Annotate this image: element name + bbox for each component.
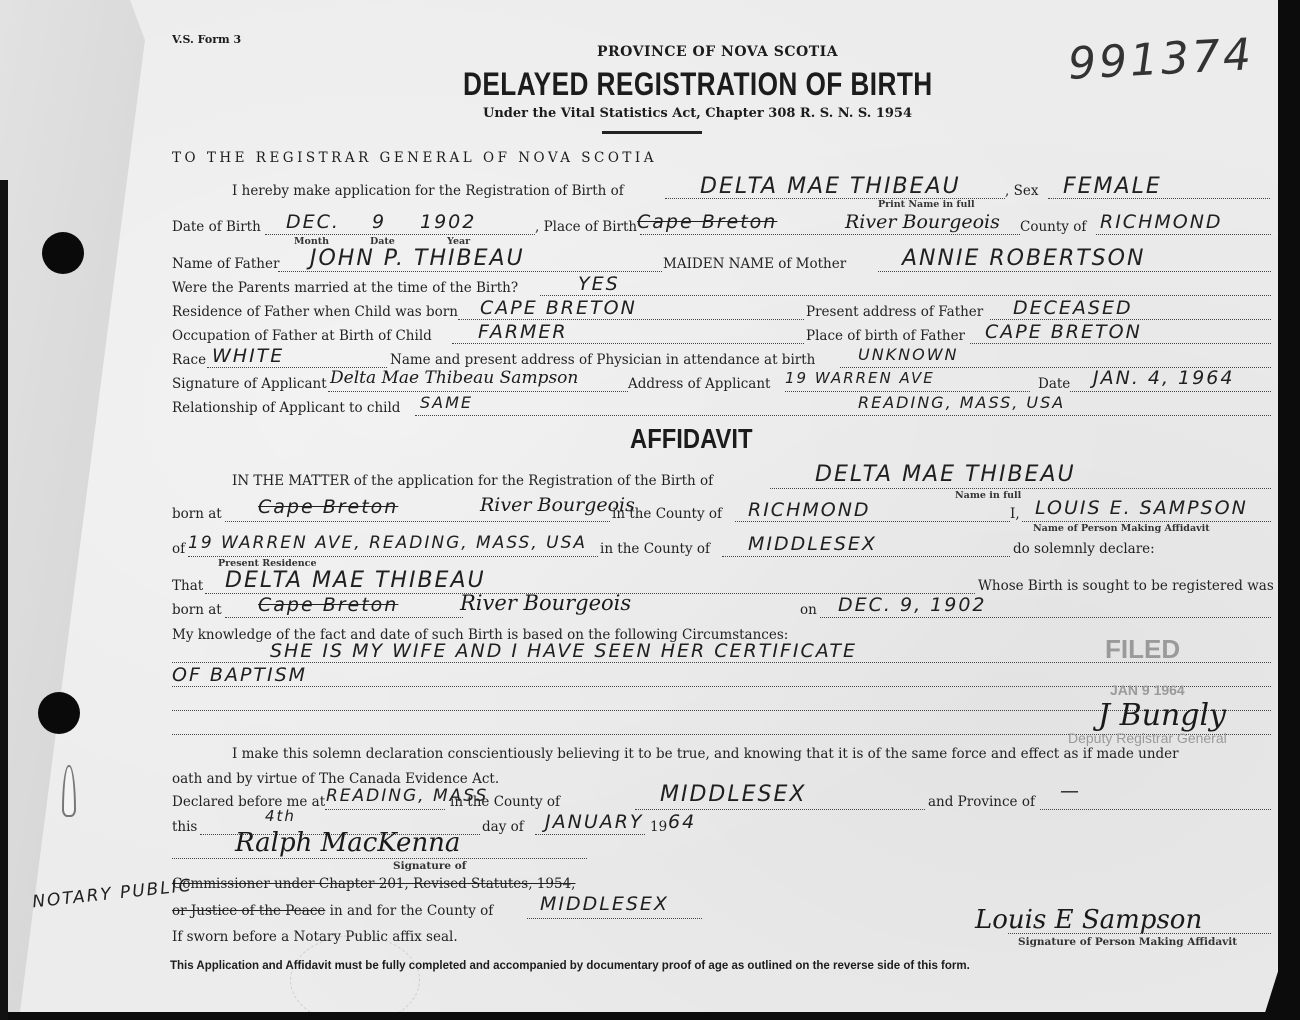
applicant-address-label: Address of Applicant: [628, 376, 770, 392]
circumstance-field-1[interactable]: SHE IS MY WIFE AND I HAVE SEEN HER CERTI…: [270, 640, 857, 662]
name-field[interactable]: DELTA MAE THIBEAU: [700, 174, 961, 199]
county-label: County of: [1020, 219, 1086, 235]
province-field[interactable]: —: [1060, 780, 1081, 802]
relationship-label: Relationship of Applicant to child: [172, 400, 400, 416]
father-line: [278, 271, 662, 272]
born-county-line: [735, 521, 1010, 522]
day-label: day of: [482, 819, 524, 835]
filed-stamp: FILED: [1105, 634, 1180, 665]
signature-line: [328, 391, 628, 392]
form-subtitle: Under the Vital Statistics Act, Chapter …: [483, 106, 912, 121]
addressee: TO THE REGISTRAR GENERAL OF NOVA SCOTIA: [172, 150, 657, 166]
physician-field[interactable]: UNKNOWN: [858, 345, 959, 364]
declaration-line-2: oath and by virtue of The Canada Evidenc…: [172, 771, 499, 787]
dob-month-field[interactable]: DEC.: [286, 211, 340, 233]
justice-county-line: [527, 918, 702, 919]
province-line: [1040, 809, 1271, 810]
footer-note: This Application and Affidavit must be f…: [170, 960, 970, 972]
punch-hole-bottom: [38, 692, 80, 734]
day-field[interactable]: 4th: [265, 807, 296, 825]
dob-date-field[interactable]: 9: [372, 211, 386, 233]
dob-year-field[interactable]: 1902: [420, 211, 476, 233]
declare-label: do solemnly declare:: [1013, 541, 1155, 557]
married-field[interactable]: YES: [578, 273, 620, 295]
race-label: Race: [172, 352, 206, 368]
mother-label: MAIDEN NAME of Mother: [663, 256, 846, 272]
commissioner-struck-text: Commissioner under Chapter 201, Revised …: [172, 876, 575, 892]
father-birthplace-field[interactable]: CAPE BRETON: [985, 321, 1142, 343]
province-label: and Province of: [928, 794, 1035, 810]
place-line: [640, 234, 1020, 235]
applicant-address-line: [785, 391, 1030, 392]
declared-place-line: [325, 809, 445, 810]
declaration-line-1: I make this solemn declaration conscient…: [232, 746, 1179, 762]
province-heading: PROVINCE OF NOVA SCOTIA: [597, 44, 838, 60]
residence-county-label: in the County of: [600, 541, 710, 557]
month-line: [535, 834, 645, 835]
born-county-label: in the County of: [612, 506, 722, 522]
father-label: Name of Father: [172, 256, 279, 272]
deponent-signature-caption: Signature of Person Making Affidavit: [1018, 936, 1237, 948]
this-label: this: [172, 819, 197, 835]
year-prefix: 19: [650, 819, 667, 835]
reference-number: 991374: [1067, 29, 1255, 90]
on-line: [820, 617, 1271, 618]
page-title: DELAYED REGISTRATION OF BIRTH: [463, 66, 933, 103]
born-label: born at: [172, 602, 222, 618]
commissioner-signature-line: [172, 858, 587, 859]
born-county-field[interactable]: RICHMOND: [748, 499, 871, 521]
place-struck-text: Cape Breton: [637, 211, 777, 233]
circumstance-field-2[interactable]: OF BAPTISM: [172, 664, 307, 686]
applicant-signature[interactable]: Delta Mae Thibeau Sampson: [330, 368, 578, 388]
signature-label: Signature of Applicant: [172, 376, 327, 392]
mother-line: [878, 271, 1271, 272]
applicant-address-line2[interactable]: READING, MASS, USA: [858, 393, 1065, 412]
born-at-struck-text: Cape Breton: [258, 496, 398, 518]
residence-county-line: [722, 556, 1010, 557]
registrar-signature: J Bungly: [1098, 698, 1226, 733]
sex-label: , Sex: [1005, 183, 1038, 199]
matter-label: IN THE MATTER of the application for the…: [232, 473, 713, 489]
residence-field[interactable]: 19 WARREN AVE, READING, MASS, USA: [188, 533, 587, 553]
deponent-caption: Name of Person Making Affidavit: [1033, 523, 1210, 534]
punch-hole-top: [42, 232, 84, 274]
sex-field[interactable]: FEMALE: [1063, 174, 1162, 199]
that-label: That: [172, 578, 203, 594]
date-label: Date: [1038, 376, 1070, 392]
declared-county-field[interactable]: MIDDLESEX: [660, 782, 806, 807]
matter-line: [770, 488, 1271, 489]
father-birthplace-label: Place of birth of Father: [806, 328, 965, 344]
declared-county-line: [635, 809, 925, 810]
on-label: on: [800, 602, 817, 618]
occupation-field[interactable]: FARMER: [478, 321, 568, 343]
county-field[interactable]: RICHMOND: [1100, 211, 1223, 233]
dob-label: Date of Birth: [172, 219, 261, 235]
father-present-field[interactable]: DECEASED: [1013, 297, 1133, 319]
of-label: of: [172, 541, 185, 557]
relationship-field[interactable]: SAME: [420, 393, 473, 412]
matter-caption: Name in full: [955, 490, 1021, 501]
occupation-label: Occupation of Father at Birth of Child: [172, 328, 432, 344]
race-field[interactable]: WHITE: [212, 345, 284, 367]
father-residence-field[interactable]: CAPE BRETON: [480, 297, 637, 319]
justice-line: or Justice of the Peace in and for the C…: [172, 903, 493, 919]
name-label: I hereby make application for the Regist…: [232, 183, 624, 199]
i-label: I,: [1010, 506, 1020, 522]
father-present-label: Present address of Father: [806, 304, 983, 320]
commissioner-signature: Ralph MacKenna: [235, 828, 460, 858]
applicant-address-field[interactable]: 19 WARREN AVE: [785, 369, 935, 387]
circumstance-line-2: [172, 686, 1271, 687]
father-field[interactable]: JOHN P. THIBEAU: [310, 246, 525, 271]
mother-field[interactable]: ANNIE ROBERTSON: [902, 246, 1145, 271]
declared-label: Declared before me at: [172, 794, 325, 810]
deponent-field[interactable]: LOUIS E. SAMPSON: [1035, 497, 1248, 519]
married-line: [540, 295, 1271, 296]
justice-struck-text: or Justice of the Peace: [172, 903, 325, 919]
residence-line: [188, 556, 598, 557]
relationship-line: [415, 415, 1271, 416]
place-label: , Place of Birth: [535, 219, 637, 235]
affidavit-heading: AFFIDAVIT: [630, 423, 753, 455]
dob-line: [265, 234, 535, 235]
date-field[interactable]: JAN. 4, 1964: [1093, 367, 1234, 389]
father-present-line: [990, 319, 1271, 320]
notary-seal-impression: [290, 935, 420, 1020]
sought-label: Whose Birth is sought to be registered w…: [978, 578, 1274, 594]
month-field[interactable]: JANUARY: [545, 811, 644, 833]
born-field[interactable]: River Bourgeois: [460, 591, 631, 615]
born-line: [225, 617, 463, 618]
name-caption: Print Name in full: [878, 199, 975, 210]
title-rule: [602, 131, 702, 134]
seal-label: If sworn before a Notary Public affix se…: [172, 929, 458, 945]
justice-label: in and for the County of: [330, 903, 494, 919]
justice-county-field[interactable]: MIDDLESEX: [540, 893, 669, 915]
declared-county-label: in the County of: [450, 794, 560, 810]
deponent-line: [1022, 521, 1271, 522]
occupation-line: [452, 343, 804, 344]
year-field[interactable]: 64: [668, 811, 696, 833]
on-field[interactable]: DEC. 9, 1902: [838, 594, 987, 616]
father-birthplace-line: [970, 343, 1271, 344]
signature-of-caption: Signature of: [393, 860, 466, 872]
left-edge-shadow: [0, 180, 8, 1020]
father-residence-label: Residence of Father when Child was born: [172, 304, 458, 320]
form-id: V.S. Form 3: [172, 33, 241, 46]
born-at-label: born at: [172, 506, 222, 522]
born-struck-text: Cape Breton: [258, 594, 398, 616]
physician-label: Name and present address of Physician in…: [390, 352, 815, 368]
deponent-signature: Louis E Sampson: [975, 905, 1202, 935]
matter-name-field[interactable]: DELTA MAE THIBEAU: [815, 462, 1076, 487]
place-field[interactable]: River Bourgeois: [845, 211, 1000, 233]
residence-county-field[interactable]: MIDDLESEX: [748, 533, 877, 555]
born-at-line: [225, 521, 610, 522]
county-line: [1096, 234, 1271, 235]
date-line: [1070, 391, 1271, 392]
that-field[interactable]: DELTA MAE THIBEAU: [225, 568, 486, 593]
father-residence-line: [458, 319, 804, 320]
married-label: Were the Parents married at the time of …: [172, 280, 518, 296]
filed-stamp-date: JAN 9 1964: [1110, 682, 1185, 698]
